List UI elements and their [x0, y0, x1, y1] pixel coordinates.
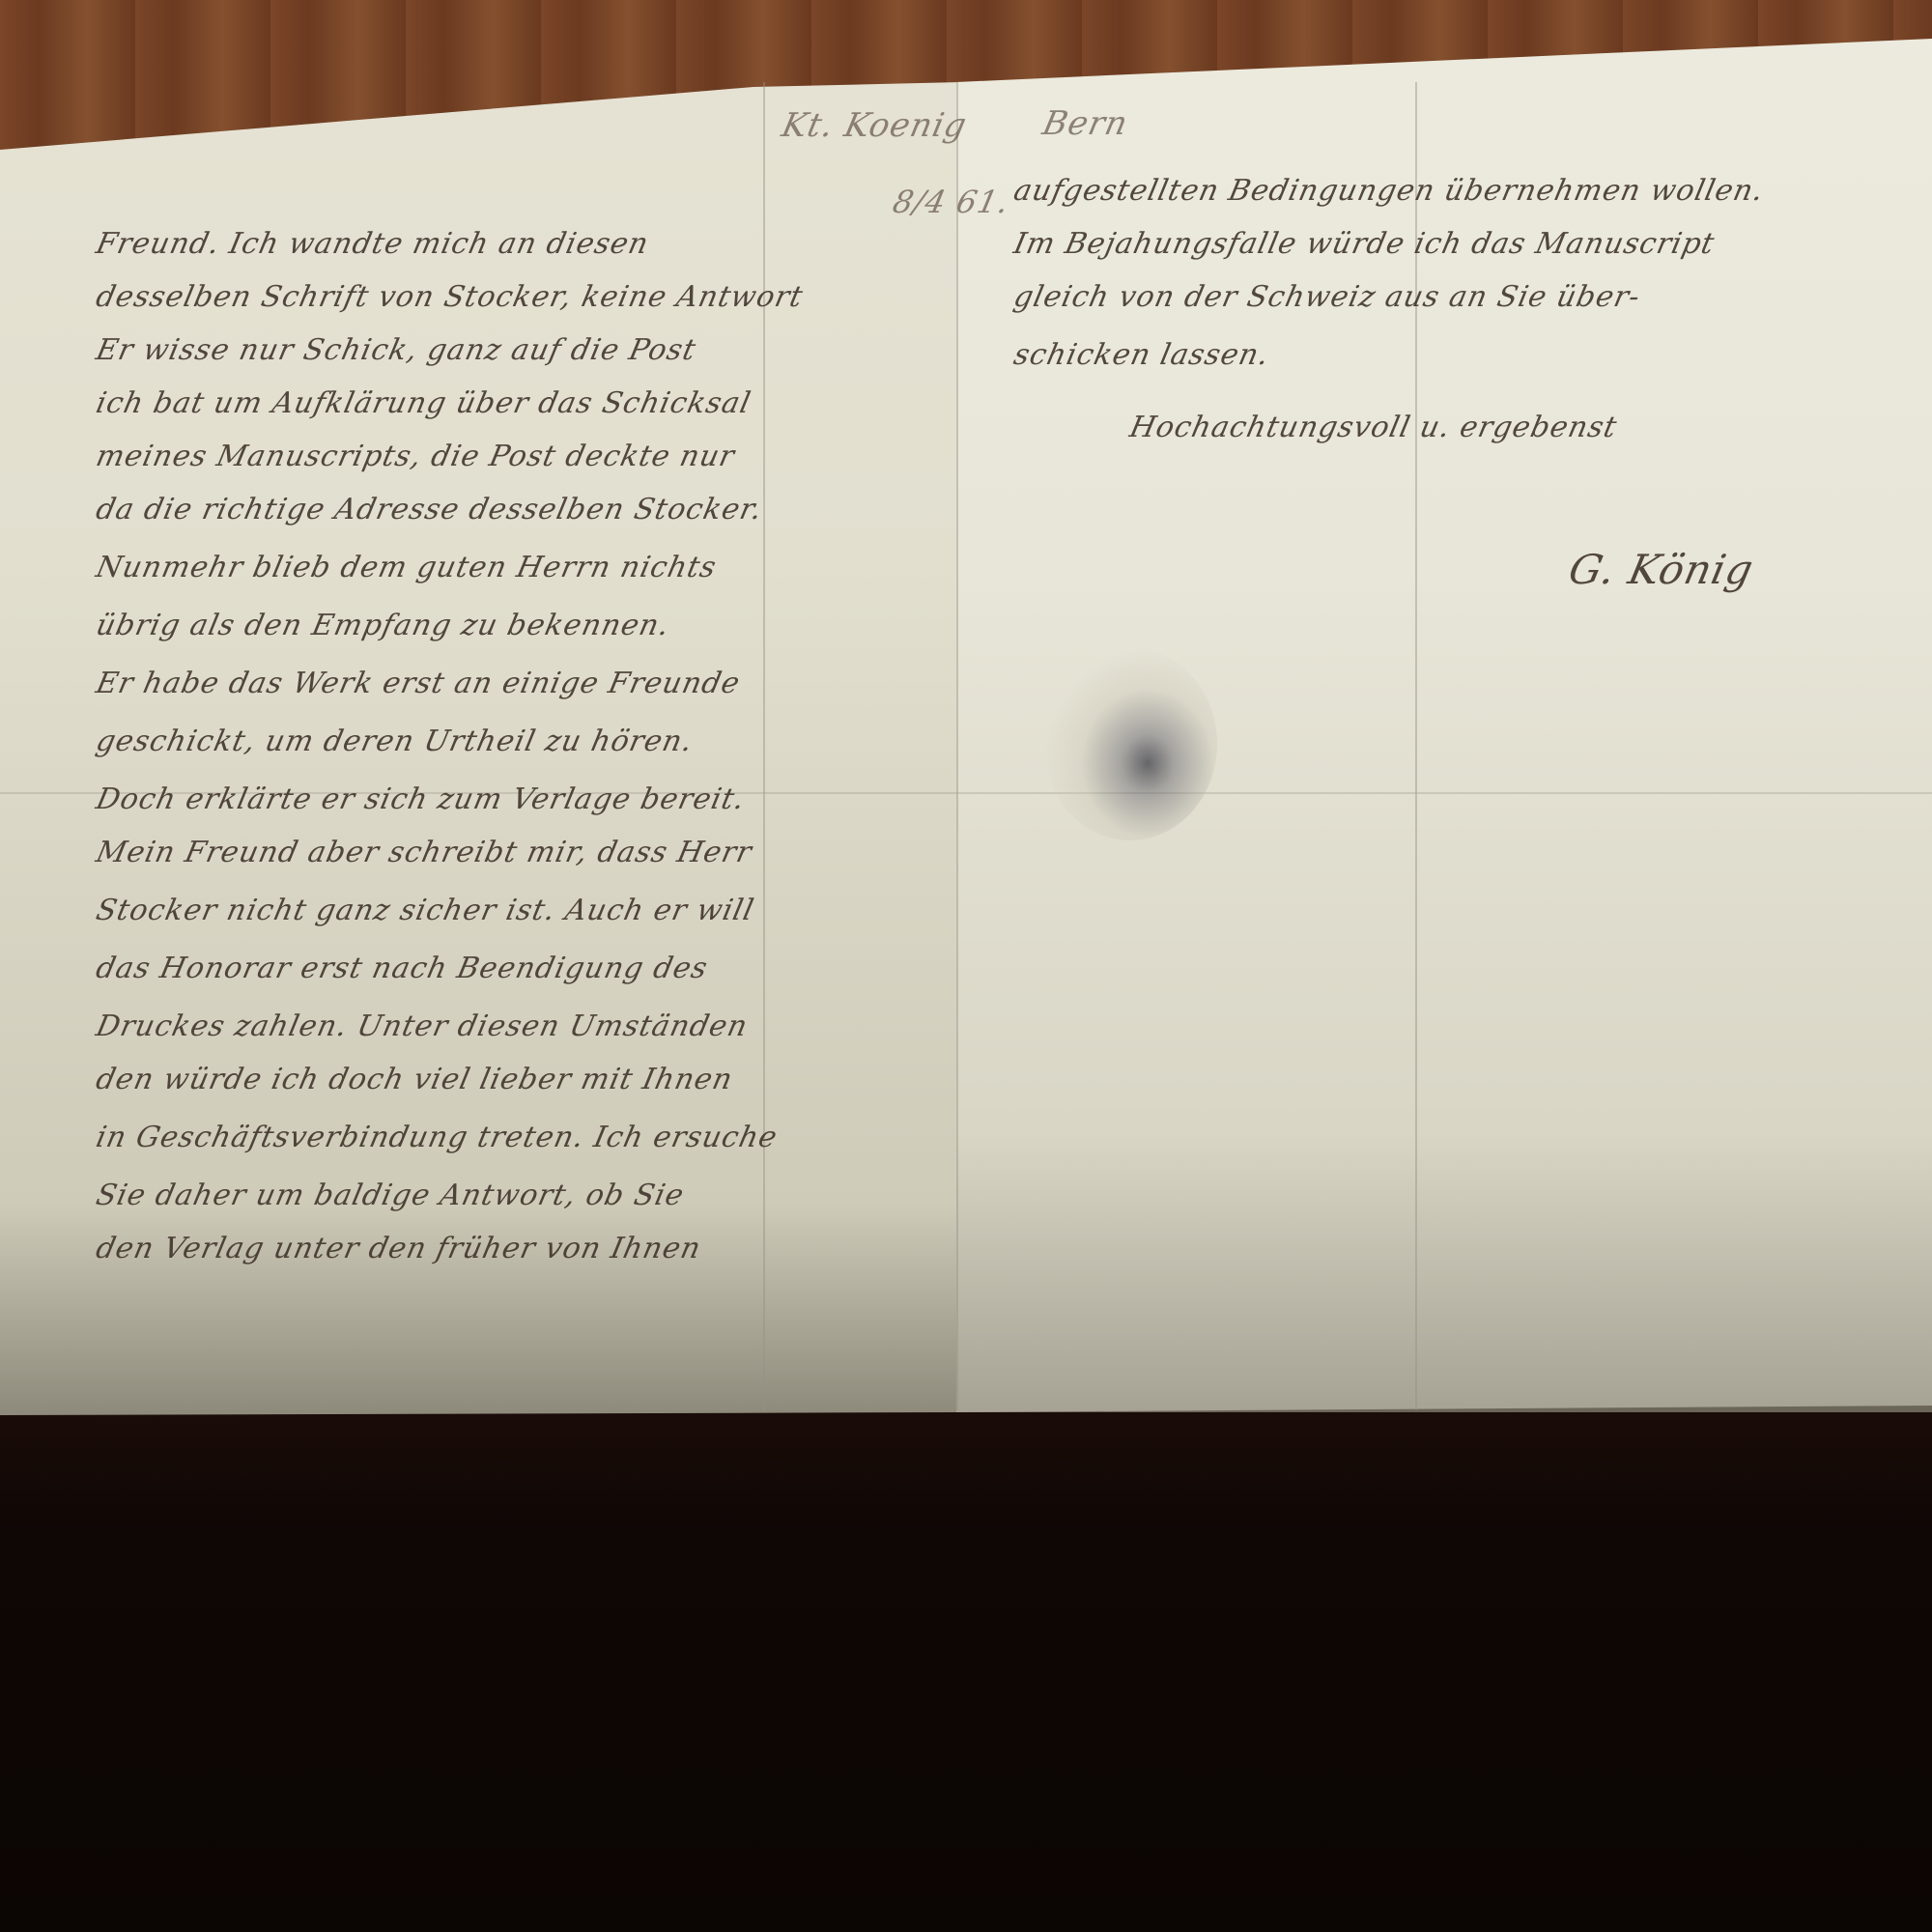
right-line-1: aufgestellten Bedingungen übernehmen wol… [1010, 174, 1767, 208]
left-line-8: übrig als den Empfang zu bekennen. [93, 609, 672, 642]
left-line-9: Er habe das Werk erst an einige Freunde [93, 667, 743, 700]
right-line-2: Im Bejahungsfalle würde ich das Manuscri… [1010, 227, 1718, 261]
left-line-19: den Verlag unter den früher von Ihnen [93, 1232, 704, 1265]
header-place: Bern [1039, 104, 1132, 143]
dark-table-surface [0, 1412, 1932, 1932]
left-line-3: Er wisse nur Schick, ganz auf die Post [93, 333, 699, 367]
center-fold-line [956, 82, 958, 1410]
left-line-17: in Geschäftsverbindung treten. Ich ersuc… [93, 1121, 781, 1154]
left-line-12: Mein Freund aber schreibt mir, dass Herr [93, 836, 755, 869]
left-line-10: geschickt, um deren Urtheil zu hören. [93, 724, 696, 758]
ink-stain [1043, 647, 1217, 840]
left-line-14: das Honorar erst nach Beendigung des [93, 952, 711, 985]
letter-sheet: Kt. Koenig Bern 8/4 61. Freund. Ich wand… [0, 0, 1932, 1415]
right-line-3: gleich von der Schweiz aus an Sie über- [1010, 280, 1643, 314]
signature: G. König [1565, 546, 1758, 593]
left-line-13: Stocker nicht ganz sicher ist. Auch er w… [93, 894, 757, 927]
closing-line: Hochachtungsvoll u. ergebenst [1126, 411, 1620, 444]
left-line-1: Freund. Ich wandte mich an diesen [93, 227, 652, 261]
left-line-15: Druckes zahlen. Unter diesen Umständen [93, 1009, 751, 1043]
right-line-4: schicken lassen. [1010, 338, 1272, 372]
left-line-6: da die richtige Adresse desselben Stocke… [93, 493, 765, 526]
left-line-2: desselben Schrift von Stocker, keine Ant… [93, 280, 806, 314]
left-line-16: den würde ich doch viel lieber mit Ihnen [93, 1063, 736, 1096]
left-line-11: Doch erklärte er sich zum Verlage bereit… [93, 782, 748, 816]
left-line-7: Nunmehr blieb dem guten Herrn nichts [93, 551, 720, 584]
left-line-4: ich bat um Aufklärung über das Schicksal [93, 386, 753, 420]
left-line-18: Sie daher um baldige Antwort, ob Sie [93, 1179, 687, 1212]
header-recipient: Kt. Koenig [779, 106, 971, 145]
header-date-mark: 8/4 61. [890, 184, 1013, 220]
left-line-5: meines Manuscripts, die Post deckte nur [93, 440, 738, 473]
